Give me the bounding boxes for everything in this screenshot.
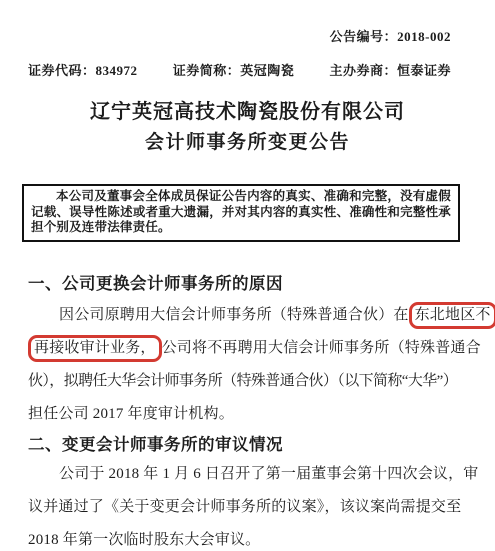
paragraph1-line2-text: 公司将不再聘用大信会计师事务所（特殊普通合 — [162, 340, 481, 356]
paragraph1-line4: 担任公司 2017 年度审计机构。 — [28, 402, 234, 423]
stock-short-name: 证券简称：英冠陶瓷 — [173, 60, 295, 79]
announcement-number: 公告编号：2018-002 — [330, 26, 451, 45]
announcement-title: 会计师事务所变更公告 — [0, 127, 495, 154]
securities-header-row: 证券代码：834972 证券简称：英冠陶瓷 主办券商：恒泰证券 — [28, 60, 451, 79]
highlight-box-2: 再接收审计业务， — [28, 335, 162, 362]
stock-code: 证券代码：834972 — [28, 60, 138, 79]
paragraph1-line1: 因公司原聘用大信会计师事务所（特殊普通合伙）在东北地区不 — [28, 303, 495, 324]
section1-heading: 一、公司更换会计师事务所的原因 — [28, 270, 283, 294]
paragraph1-line3: 伙），拟聘任大华会计师事务所（特殊普通合伙）（以下简称“大华”） — [28, 369, 457, 390]
paragraph2-line3: 2018 年第一次临时股东大会审议。 — [28, 528, 260, 549]
paragraph1-line1-text: 因公司原聘用大信会计师事务所（特殊普通合伙）在 — [59, 307, 409, 323]
sponsor-broker: 主办券商：恒泰证券 — [329, 60, 451, 79]
highlight-box-1: 东北地区不 — [409, 302, 495, 329]
paragraph2-line2: 议并通过了《关于变更会计师事务所的议案》，该议案尚需提交至 — [28, 495, 461, 516]
paragraph1-line2: 再接收审计业务，公司将不再聘用大信会计师事务所（特殊普通合 — [28, 336, 481, 357]
company-name-title: 辽宁英冠高技术陶瓷股份有限公司 — [0, 95, 495, 124]
announcement-document: 公告编号：2018-002 证券代码：834972 证券简称：英冠陶瓷 主办券商… — [0, 0, 495, 551]
board-disclaimer-box: 本公司及董事会全体成员保证公告内容的真实、准确和完整，没有虚假记载、误导性陈述或… — [22, 184, 460, 242]
paragraph2-line1: 公司于 2018 年 1 月 6 日召开了第一届董事会第十四次会议，审 — [28, 462, 479, 483]
section2-heading: 二、变更会计师事务所的审议情况 — [28, 431, 283, 455]
